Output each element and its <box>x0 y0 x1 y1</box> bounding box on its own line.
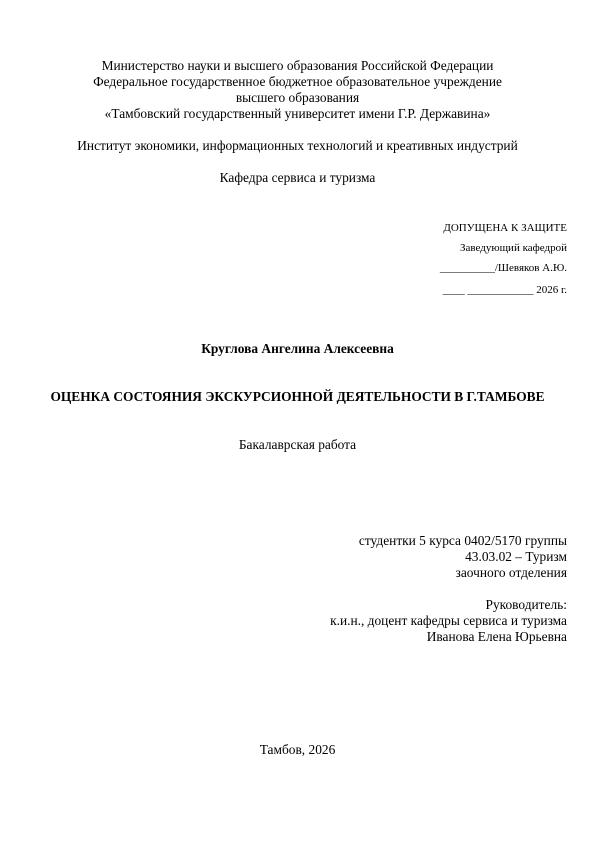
student-form: заочного отделения <box>456 566 567 579</box>
supervisor-position: к.и.н., доцент кафедры сервиса и туризма <box>330 614 567 627</box>
ministry-line: Министерство науки и высшего образования… <box>0 59 595 72</box>
department-line: Кафедра сервиса и туризма <box>0 171 595 184</box>
city-year: Тамбов, 2026 <box>0 743 595 756</box>
supervisor-name: Иванова Елена Юрьевна <box>427 630 567 643</box>
approval-position: Заведующий кафедрой <box>460 243 567 254</box>
approval-date: ____ ____________ 2026 г. <box>443 285 567 296</box>
institution-type-line: Федеральное государственное бюджетное об… <box>0 75 595 88</box>
student-specialty: 43.03.02 – Туризм <box>465 550 567 563</box>
title-page: Министерство науки и высшего образования… <box>0 0 595 841</box>
supervisor-label: Руководитель: <box>486 598 568 611</box>
approval-title: ДОПУЩЕНА К ЗАЩИТЕ <box>443 223 567 234</box>
institute-line: Институт экономики, информационных техно… <box>0 139 595 152</box>
work-title: ОЦЕНКА СОСТОЯНИЯ ЭКСКУРСИОННОЙ ДЕЯТЕЛЬНО… <box>0 390 595 403</box>
author-name: Круглова Ангелина Алексеевна <box>0 342 595 355</box>
student-group: студентки 5 курса 0402/5170 группы <box>359 534 567 547</box>
university-name-line: «Тамбовский государственный университет … <box>0 107 595 120</box>
education-level-line: высшего образования <box>0 91 595 104</box>
approval-signature: __________/Шевяков А.Ю. <box>440 263 567 274</box>
work-type: Бакалаврская работа <box>0 438 595 451</box>
